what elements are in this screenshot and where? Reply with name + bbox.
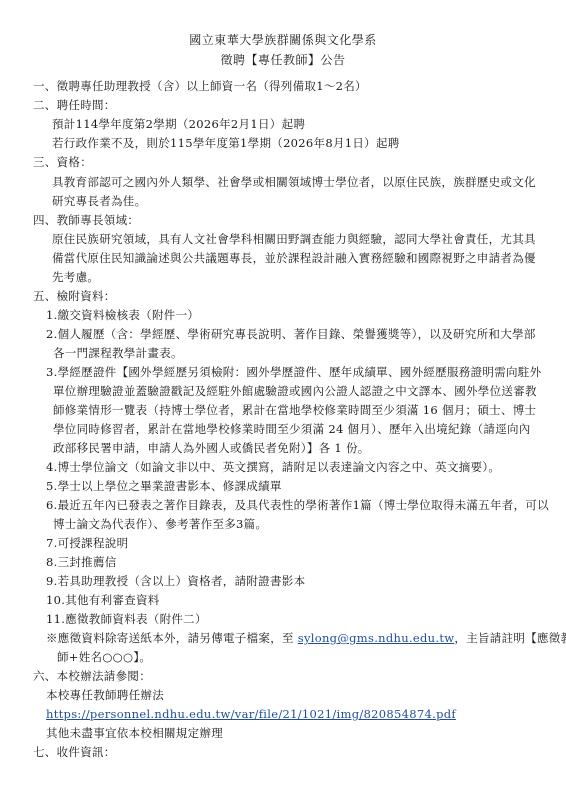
announcement-title: 徵聘【專任教師】公告 [0,51,566,68]
document-item-9: 9.若具助理教授（含以上）資格者，請附證書影本 [46,573,305,589]
section-3-heading: 三、資格： [33,154,92,170]
document-item-6-cont: 博士論文為代表作）、參考著作至多3篇。 [53,516,267,532]
email-note-cont: 師+姓名○○○】。 [53,649,151,665]
document-item-7: 7.可授課程說明 [46,535,128,551]
email-link[interactable]: sylong@gms.ndhu.edu.tw [298,631,455,645]
document-item-2: 2.個人履歷（含：學經歷、學術研究專長說明、著作目錄、榮譽獲獎等），以及研究所和… [46,326,536,342]
document-item-11: 11.應徵教師資料表（附件二） [46,611,207,627]
email-note: ※應徵資料除寄送紙本外，請另傳電子檔案，至 sylong@gms.ndhu.ed… [46,630,566,646]
document-item-1: 1.繳交資料檢核表（附件一） [46,307,199,323]
section-1-position: 一、徵聘專任助理教授（含）以上師資一名（得列備取1～2名） [33,78,367,94]
document-item-6: 6.最近五年內已發表之著作目錄表，及具代表性的學術著作1篇（博士學位取得未滿五年… [46,497,549,513]
rule-pdf-link[interactable]: https://personnel.ndhu.edu.tw/var/file/2… [46,707,456,721]
document-item-3-cont: 單位辦理驗證並蓋驗證戳記及經駐外館處驗證或國內公證人認證之中文譯本、國外學位送審… [53,383,537,399]
other-matters: 其他未盡事宜依本校相關規定辦理 [46,725,223,741]
announcement-page: 國立東華大學族群關係與文化學系 徵聘【專任教師】公告 一、徵聘專任助理教授（含）… [0,0,566,800]
email-note-prefix: ※應徵資料除寄送紙本外，請另傳電子檔案，至 [46,631,298,645]
section-5-heading: 五、檢附資料： [33,288,116,304]
department-title: 國立東華大學族群關係與文化學系 [0,31,566,48]
email-note-suffix: ，主旨請註明【應徵教 [454,631,566,645]
document-item-10: 10.其他有利審查資料 [46,592,160,608]
document-item-8: 8.三封推薦信 [46,554,117,570]
section-2-heading: 二、聘任時間： [33,97,116,113]
document-item-3-cont: 政部移民署申請，申請人為外國人或僑民者免附）】各 1 份。 [53,440,370,456]
section-6-heading: 六、本校辦法請參閱： [33,668,151,684]
document-item-3-cont: 師修業情形一覽表（持博士學位者，累計在當地學校修業時間至少須滿 16 個月；碩士… [53,402,536,418]
section-2-line: 預計114學年度第2學期（2026年2月1日）起聘 [52,116,305,132]
document-item-2-cont: 各一門課程教學計畫表。 [53,345,183,361]
section-2-line: 若行政作業不及，則於115學年度第1學期（2026年8月1日）起聘 [52,135,400,151]
document-item-3-cont: 學位同時修習者，累計在當地學校修業時間至少須滿 24 個月）、歷年入出境紀錄（請… [53,421,531,437]
section-4-line: 先考慮。 [52,269,99,285]
section-3-line: 具教育部認可之國內外人類學、社會學或相關領域博士學位者，以原住民族，族群歷史或文… [52,174,536,190]
section-4-heading: 四、教師專長領域： [33,212,139,228]
document-item-5: 5.學士以上學位之畢業證書影本、修課成績單 [46,478,282,494]
rule-url-line: https://personnel.ndhu.edu.tw/var/file/2… [46,706,456,722]
rule-name: 本校專任教師聘任辦法 [46,687,164,703]
document-item-3: 3.學經歷證件【國外學經歷另須檢附：國外學歷證件、歷年成績單、國外經歷服務證明需… [46,364,541,380]
section-7-heading: 七、收件資訊： [33,744,116,760]
section-4-line: 備當代原住民知識論述與公共議題專長，並於課程設計融入實務經驗和國際視野之申請者為… [52,250,536,266]
section-3-line: 研究專長者為佳。 [52,193,146,209]
document-item-4: 4.博士學位論文（如論文非以中、英文撰寫，請附足以表達論文內容之中、英文摘要）。 [46,459,500,475]
section-4-line: 原住民族研究領域，具有人文社會學科相關田野調查能力與經驗，認同大學社會責任，尤其… [52,231,536,247]
